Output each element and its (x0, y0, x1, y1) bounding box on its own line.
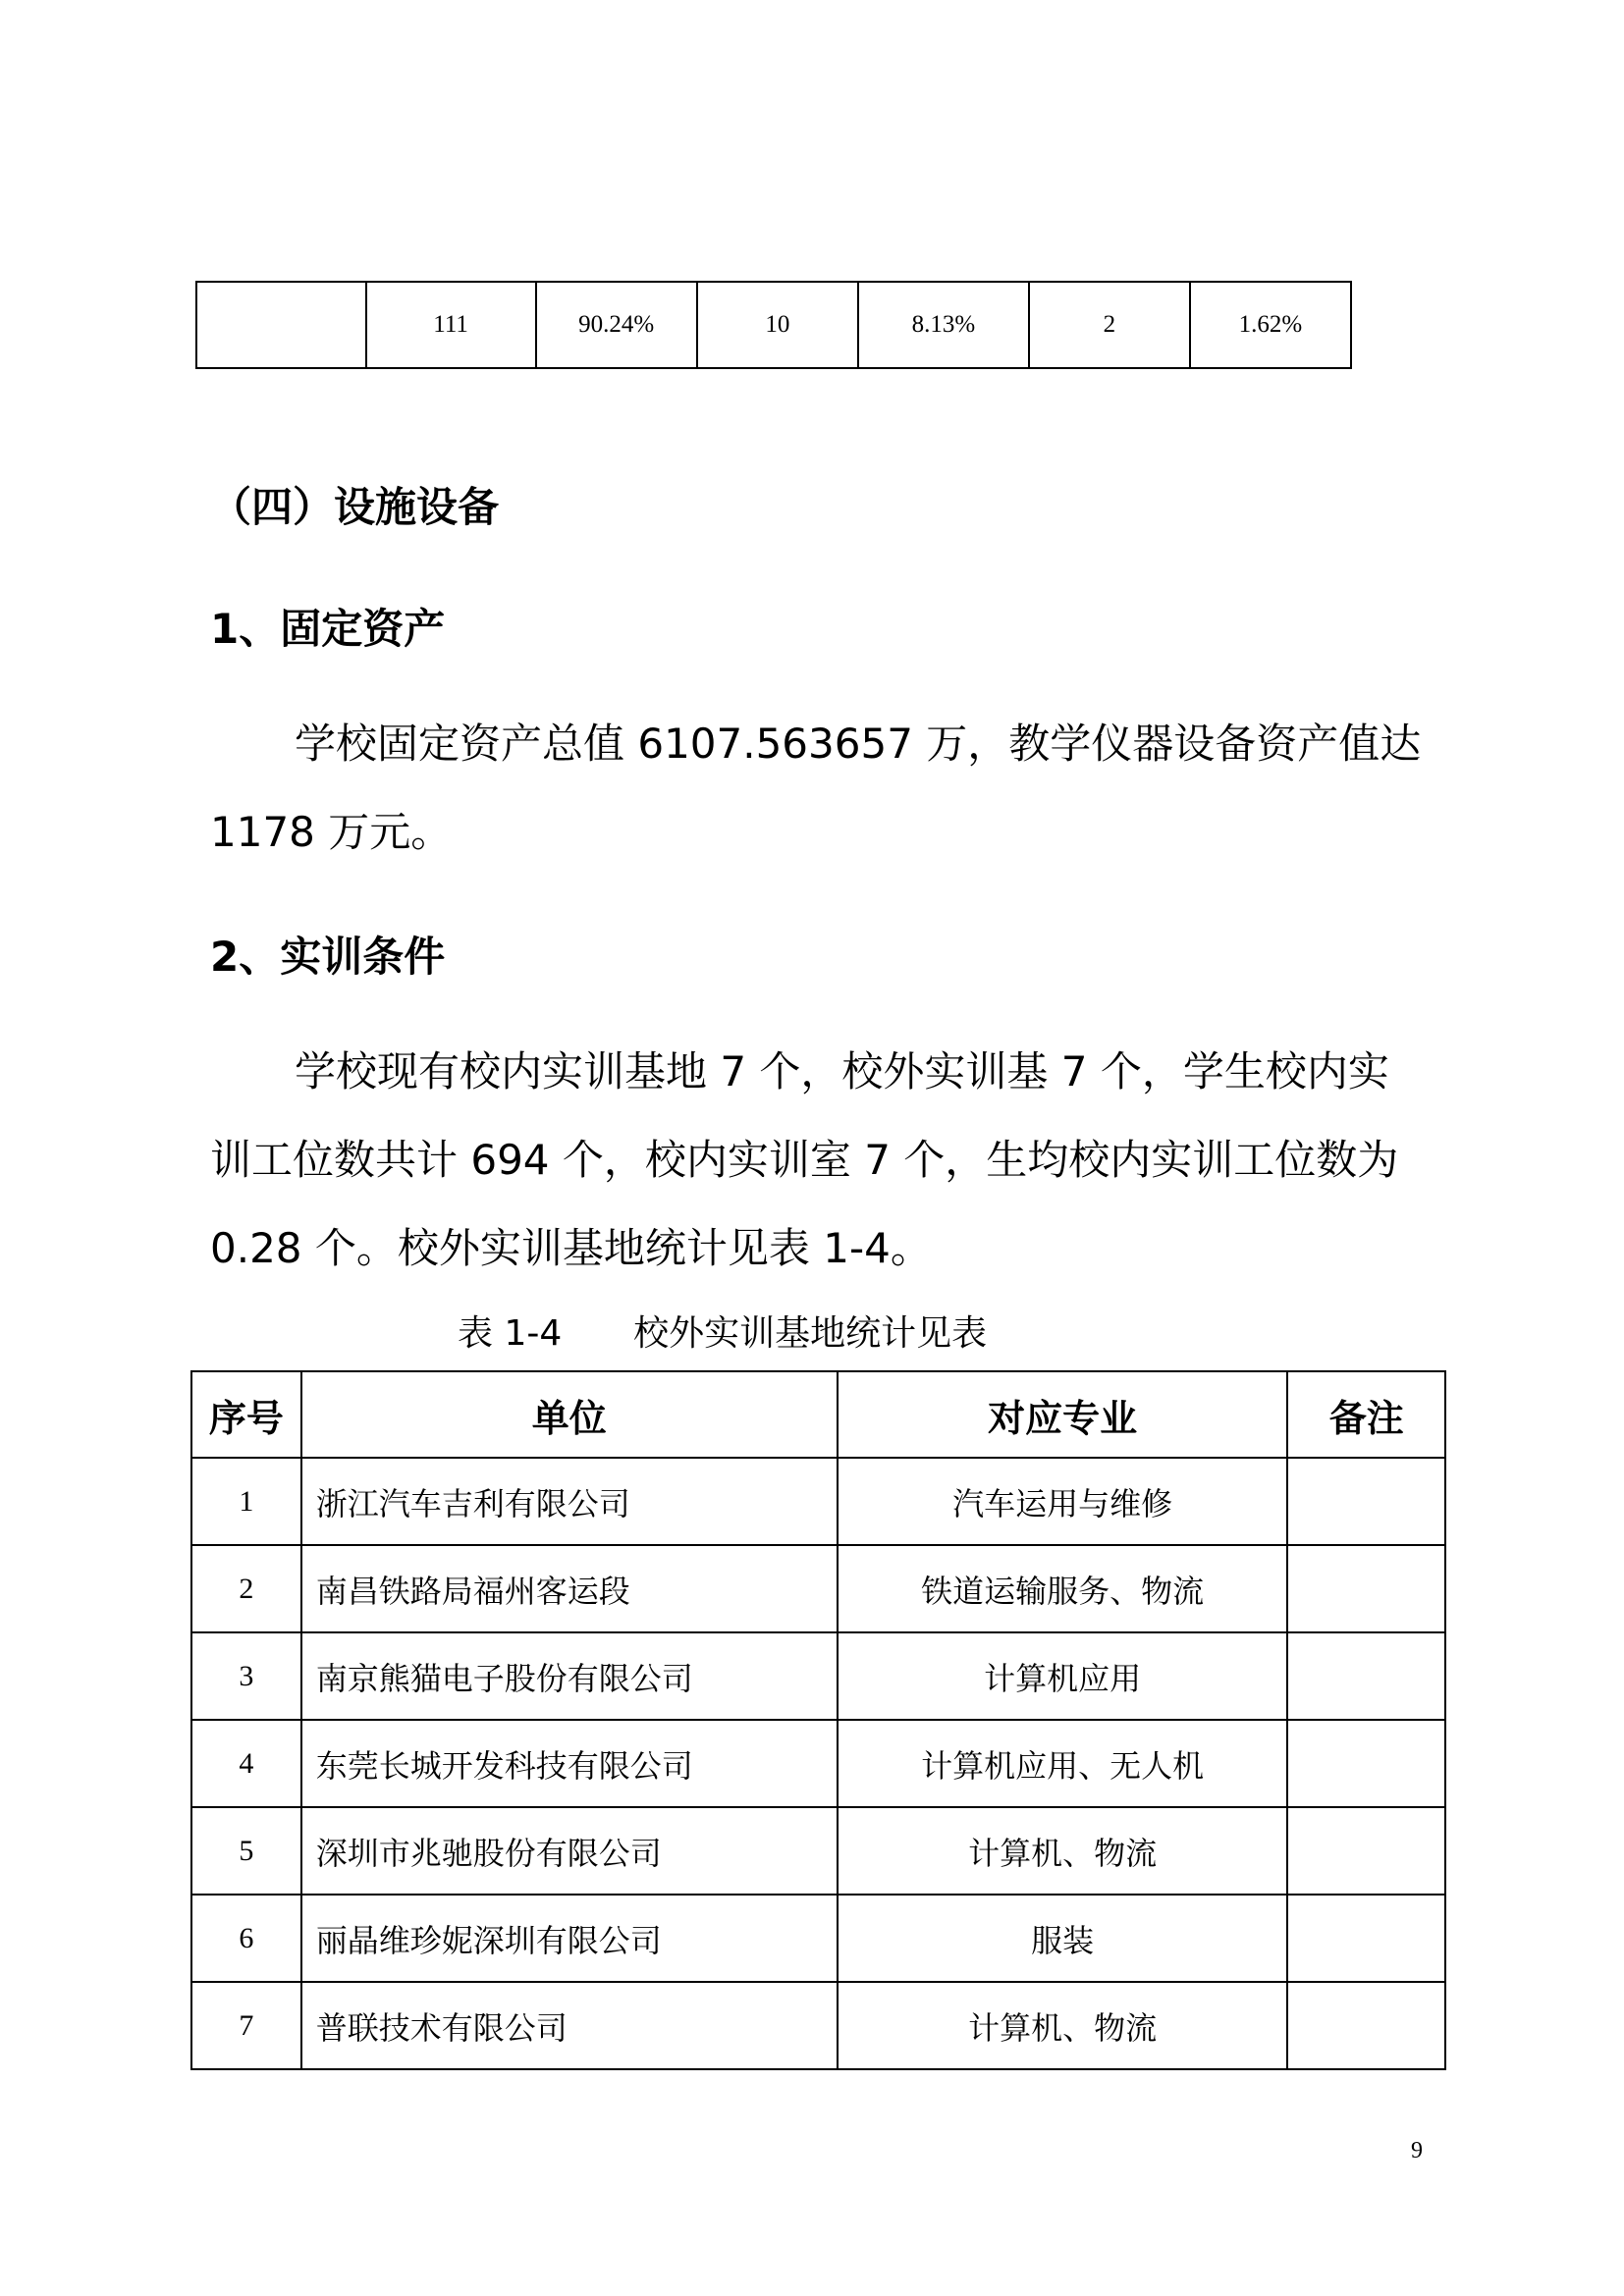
table-cell: 2 (1029, 282, 1190, 368)
table-row: 6 丽晶维珍妮深圳有限公司 服装 (191, 1895, 1445, 1982)
cell-no: 7 (191, 1982, 301, 2069)
cell-unit: 深圳市兆驰股份有限公司 (301, 1807, 838, 1895)
paragraph-line: 0.28 个。校外实训基地统计见表 1-4。 (210, 1201, 932, 1296)
cell-note (1287, 1632, 1445, 1720)
cell-unit: 南京熊猫电子股份有限公司 (301, 1632, 838, 1720)
cell-note (1287, 1982, 1445, 2069)
cell-no: 3 (191, 1632, 301, 1720)
paragraph-line: 训工位数共计 694 个，校内实训室 7 个，生均校内实训工位数为 (210, 1113, 1398, 1207)
cell-note (1287, 1807, 1445, 1895)
cell-major: 计算机、物流 (838, 1982, 1288, 2069)
table-cell: 10 (697, 282, 858, 368)
table-header-row: 序号 单位 对应专业 备注 (191, 1371, 1445, 1458)
paragraph-line: 学校固定资产总值 6107.563657 万，教学仪器设备资产值达 (295, 697, 1421, 791)
column-header-no: 序号 (191, 1371, 301, 1458)
column-header-unit: 单位 (301, 1371, 838, 1458)
cell-no: 2 (191, 1545, 301, 1632)
section-heading: （四）设施设备 (210, 475, 499, 534)
cell-no: 5 (191, 1807, 301, 1895)
table-cell: 1.62% (1190, 282, 1351, 368)
column-header-major: 对应专业 (838, 1371, 1288, 1458)
cell-major: 计算机、物流 (838, 1807, 1288, 1895)
table-caption-number: 表 1-4 (458, 1313, 562, 1354)
table-row: 5 深圳市兆驰股份有限公司 计算机、物流 (191, 1807, 1445, 1895)
paragraph-line: 1178 万元。 (210, 785, 452, 880)
table-cell (196, 282, 366, 368)
subsection-heading-fixed-assets: 1、固定资产 (210, 597, 445, 656)
column-header-note: 备注 (1287, 1371, 1445, 1458)
enrollment-stats-table-fragment: 111 90.24% 10 8.13% 2 1.62% (195, 281, 1352, 369)
cell-no: 4 (191, 1720, 301, 1807)
cell-major: 计算机应用 (838, 1632, 1288, 1720)
offcampus-training-base-table: 序号 单位 对应专业 备注 1 浙江汽车吉利有限公司 汽车运用与维修 2 南昌铁… (190, 1370, 1446, 2070)
cell-major: 服装 (838, 1895, 1288, 1982)
cell-no: 6 (191, 1895, 301, 1982)
table-cell: 8.13% (858, 282, 1029, 368)
page-number: 9 (1411, 2138, 1423, 2164)
table-row: 7 普联技术有限公司 计算机、物流 (191, 1982, 1445, 2069)
table-cell: 111 (366, 282, 536, 368)
cell-no: 1 (191, 1458, 301, 1545)
cell-note (1287, 1720, 1445, 1807)
cell-unit: 普联技术有限公司 (301, 1982, 838, 2069)
cell-major: 汽车运用与维修 (838, 1458, 1288, 1545)
cell-note (1287, 1895, 1445, 1982)
cell-major: 计算机应用、无人机 (838, 1720, 1288, 1807)
cell-unit: 浙江汽车吉利有限公司 (301, 1458, 838, 1545)
cell-major: 铁道运输服务、物流 (838, 1545, 1288, 1632)
table-row: 2 南昌铁路局福州客运段 铁道运输服务、物流 (191, 1545, 1445, 1632)
table-row: 4 东莞长城开发科技有限公司 计算机应用、无人机 (191, 1720, 1445, 1807)
cell-unit: 东莞长城开发科技有限公司 (301, 1720, 838, 1807)
cell-note (1287, 1545, 1445, 1632)
cell-unit: 丽晶维珍妮深圳有限公司 (301, 1895, 838, 1982)
cell-note (1287, 1458, 1445, 1545)
table-caption-title: 校外实训基地统计见表 (633, 1313, 987, 1354)
table-row: 111 90.24% 10 8.13% 2 1.62% (196, 282, 1351, 368)
table-caption: 表 1-4 校外实训基地统计见表 (458, 1306, 987, 1356)
subsection-heading-training: 2、实训条件 (210, 925, 445, 984)
paragraph-line: 学校现有校内实训基地 7 个，校外实训基 7 个，学生校内实 (295, 1025, 1389, 1119)
cell-unit: 南昌铁路局福州客运段 (301, 1545, 838, 1632)
table-row: 1 浙江汽车吉利有限公司 汽车运用与维修 (191, 1458, 1445, 1545)
table-cell: 90.24% (536, 282, 697, 368)
table-row: 3 南京熊猫电子股份有限公司 计算机应用 (191, 1632, 1445, 1720)
